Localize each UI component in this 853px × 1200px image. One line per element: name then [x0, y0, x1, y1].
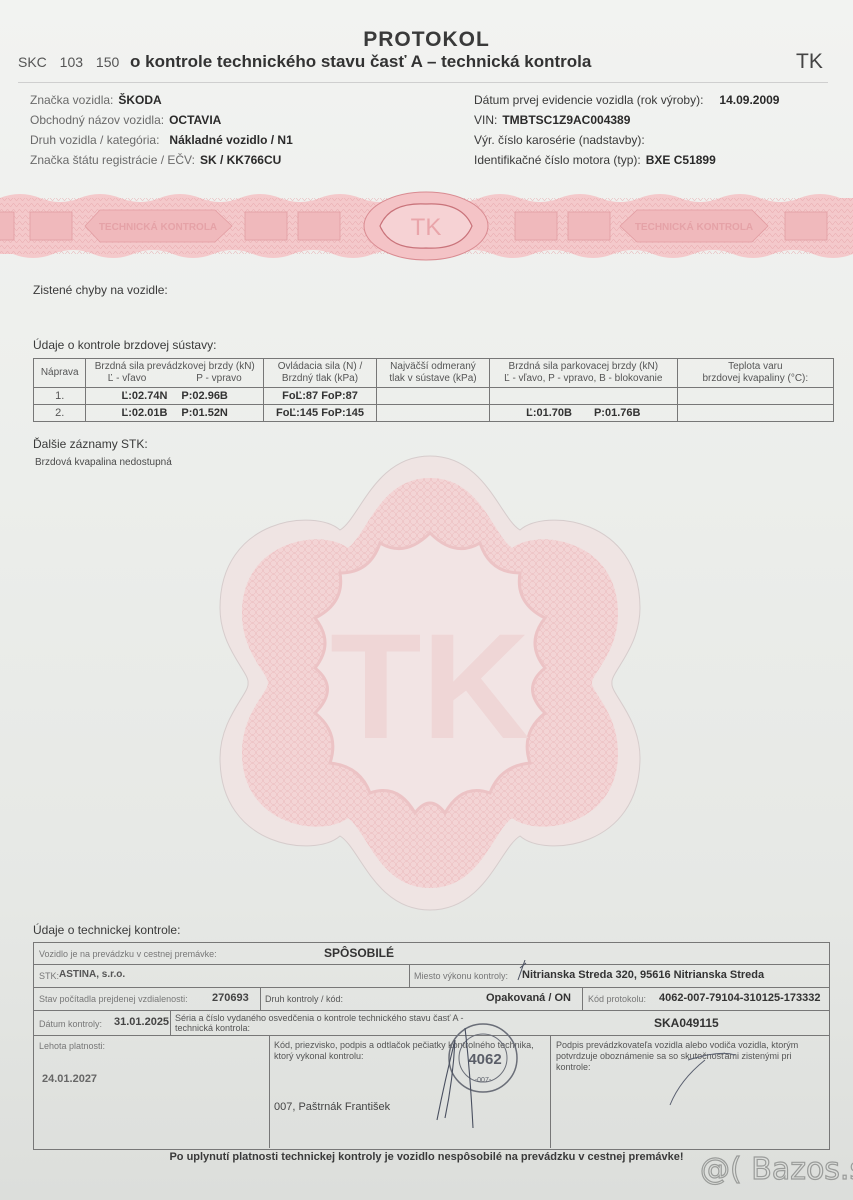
control-force-value: FoĽ:145 FoP:145	[264, 405, 377, 422]
axle-number: 2.	[34, 405, 86, 422]
station-cell: STK: ASTINA, s.r.o.	[34, 965, 410, 987]
stk-label: STK:	[39, 971, 59, 981]
svg-text:TECHNICKÁ KONTROLA: TECHNICKÁ KONTROLA	[99, 220, 217, 233]
inspection-type-label: Druh kontroly / kód:	[265, 994, 343, 1004]
date-label: Dátum kontroly:	[39, 1019, 102, 1029]
header-max-pressure: Najväčší odmeranýtlak v sústave (kPa)	[376, 359, 489, 388]
stk-notes-label: Ďalšie záznamy STK:	[33, 437, 148, 451]
date-cell: Dátum kontroly: 31.01.2025	[34, 1011, 171, 1035]
service-brake-values: Ľ:02.01BP:01.52N	[86, 405, 264, 422]
bazos-watermark: @( Bazos.sk	[700, 1152, 853, 1187]
vehicle-trade-name: Obchodný názov vozidla:OCTAVIA	[30, 113, 221, 127]
max-pressure-value	[376, 388, 489, 405]
validity-value: 24.01.2027	[42, 1073, 97, 1085]
vehicle-category: Druh vozidla / kategória:Nákladné vozidl…	[30, 133, 293, 147]
date-value: 31.01.2025	[114, 1016, 169, 1028]
roadworthy-value: SPÔSOBILÉ	[324, 946, 394, 960]
header-control-force: Ovládacia sila (N) /Brzdný tlak (kPa)	[264, 359, 377, 388]
parking-brake-values: Ľ:01.70BP:01.76B	[489, 405, 677, 422]
odometer-label: Stav počítadla prejdenej vzdialenosti:	[39, 994, 188, 1004]
security-band: TK TECHNICKÁ KONTROLA TECHNICKÁ KONTROLA	[0, 190, 853, 262]
validity-label: Lehota platnosti:	[39, 1041, 105, 1051]
band-center-mark: TK	[411, 214, 442, 241]
boiling-point-value	[677, 405, 833, 422]
vin: VIN:TMBTSC1Z9AC004389	[474, 113, 630, 127]
header-axle: Náprava	[34, 359, 86, 388]
axle-number: 1.	[34, 388, 86, 405]
odometer-cell: Stav počítadla prejdenej vzdialenosti: 2…	[34, 988, 261, 1010]
subtitle-text: o kontrole technického stavu časť A – te…	[130, 52, 591, 71]
header-boiling-point: Teplota varubrzdovej kvapaliny (°C):	[677, 359, 833, 388]
document-title: PROTOKOL	[0, 28, 853, 52]
document-subtitle: SKC 103 150 o kontrole technického stavu…	[18, 52, 591, 72]
stk-notes-value: Brzdová kvapalina nedostupná	[35, 457, 172, 468]
tk-corner-mark: TK	[796, 50, 823, 74]
vehicle-make: Značka vozidla:ŠKODA	[30, 93, 162, 107]
service-brake-values: Ľ:02.74NP:02.96B	[86, 388, 264, 405]
form-code: SKC 103 150	[18, 54, 119, 70]
brakes-header-row: Náprava Brzdná sila prevádzkovej brzdy (…	[34, 359, 834, 388]
parking-brake-values	[489, 388, 677, 405]
engine-id: Identifikačné číslo motora (typ):BXE C51…	[474, 153, 716, 167]
defects-label: Zistené chyby na vozidle:	[33, 283, 168, 297]
stk-value: ASTINA, s.r.o.	[59, 969, 125, 980]
brakes-table: Náprava Brzdná sila prevádzkovej brzdy (…	[33, 358, 834, 422]
control-force-value: FoĽ:87 FoP:87	[264, 388, 377, 405]
body-number: Výr. číslo karosérie (nadstavby):	[474, 133, 650, 147]
header-divider	[18, 82, 828, 83]
technician-value: 007, Paštrnák František	[274, 1101, 390, 1113]
rosette-mark: TK	[330, 602, 530, 770]
tk-rosette-watermark: TK	[200, 448, 660, 918]
validity-cell: Lehota platnosti: 24.01.2027	[34, 1036, 270, 1148]
roadworthy-label: Vozidlo je na prevádzku v cestnej premáv…	[39, 949, 217, 959]
max-pressure-value	[376, 405, 489, 422]
boiling-point-value	[677, 388, 833, 405]
table-row: 1. Ľ:02.74NP:02.96B FoĽ:87 FoP:87	[34, 388, 834, 405]
header-service-brake: Brzdná sila prevádzkovej brzdy (kN)Ľ - v…	[86, 359, 264, 388]
signature-scribbles	[480, 960, 840, 1140]
odometer-value: 270693	[212, 992, 249, 1004]
inspection-label: Údaje o technickej kontrole:	[33, 923, 180, 937]
brakes-label: Údaje o kontrole brzdovej sústavy:	[33, 338, 216, 352]
first-registration-date: Dátum prvej evidencie vozidla (rok výrob…	[474, 93, 779, 107]
header-parking-brake: Brzdná sila parkovacej brzdy (kN)Ľ - vľa…	[489, 359, 677, 388]
vehicle-registration: Značka štátu registrácie / EČV:SK / KK76…	[30, 153, 281, 167]
svg-text:TECHNICKÁ KONTROLA: TECHNICKÁ KONTROLA	[635, 220, 753, 233]
table-row: 2. Ľ:02.01BP:01.52N FoĽ:145 FoP:145 Ľ:01…	[34, 405, 834, 422]
